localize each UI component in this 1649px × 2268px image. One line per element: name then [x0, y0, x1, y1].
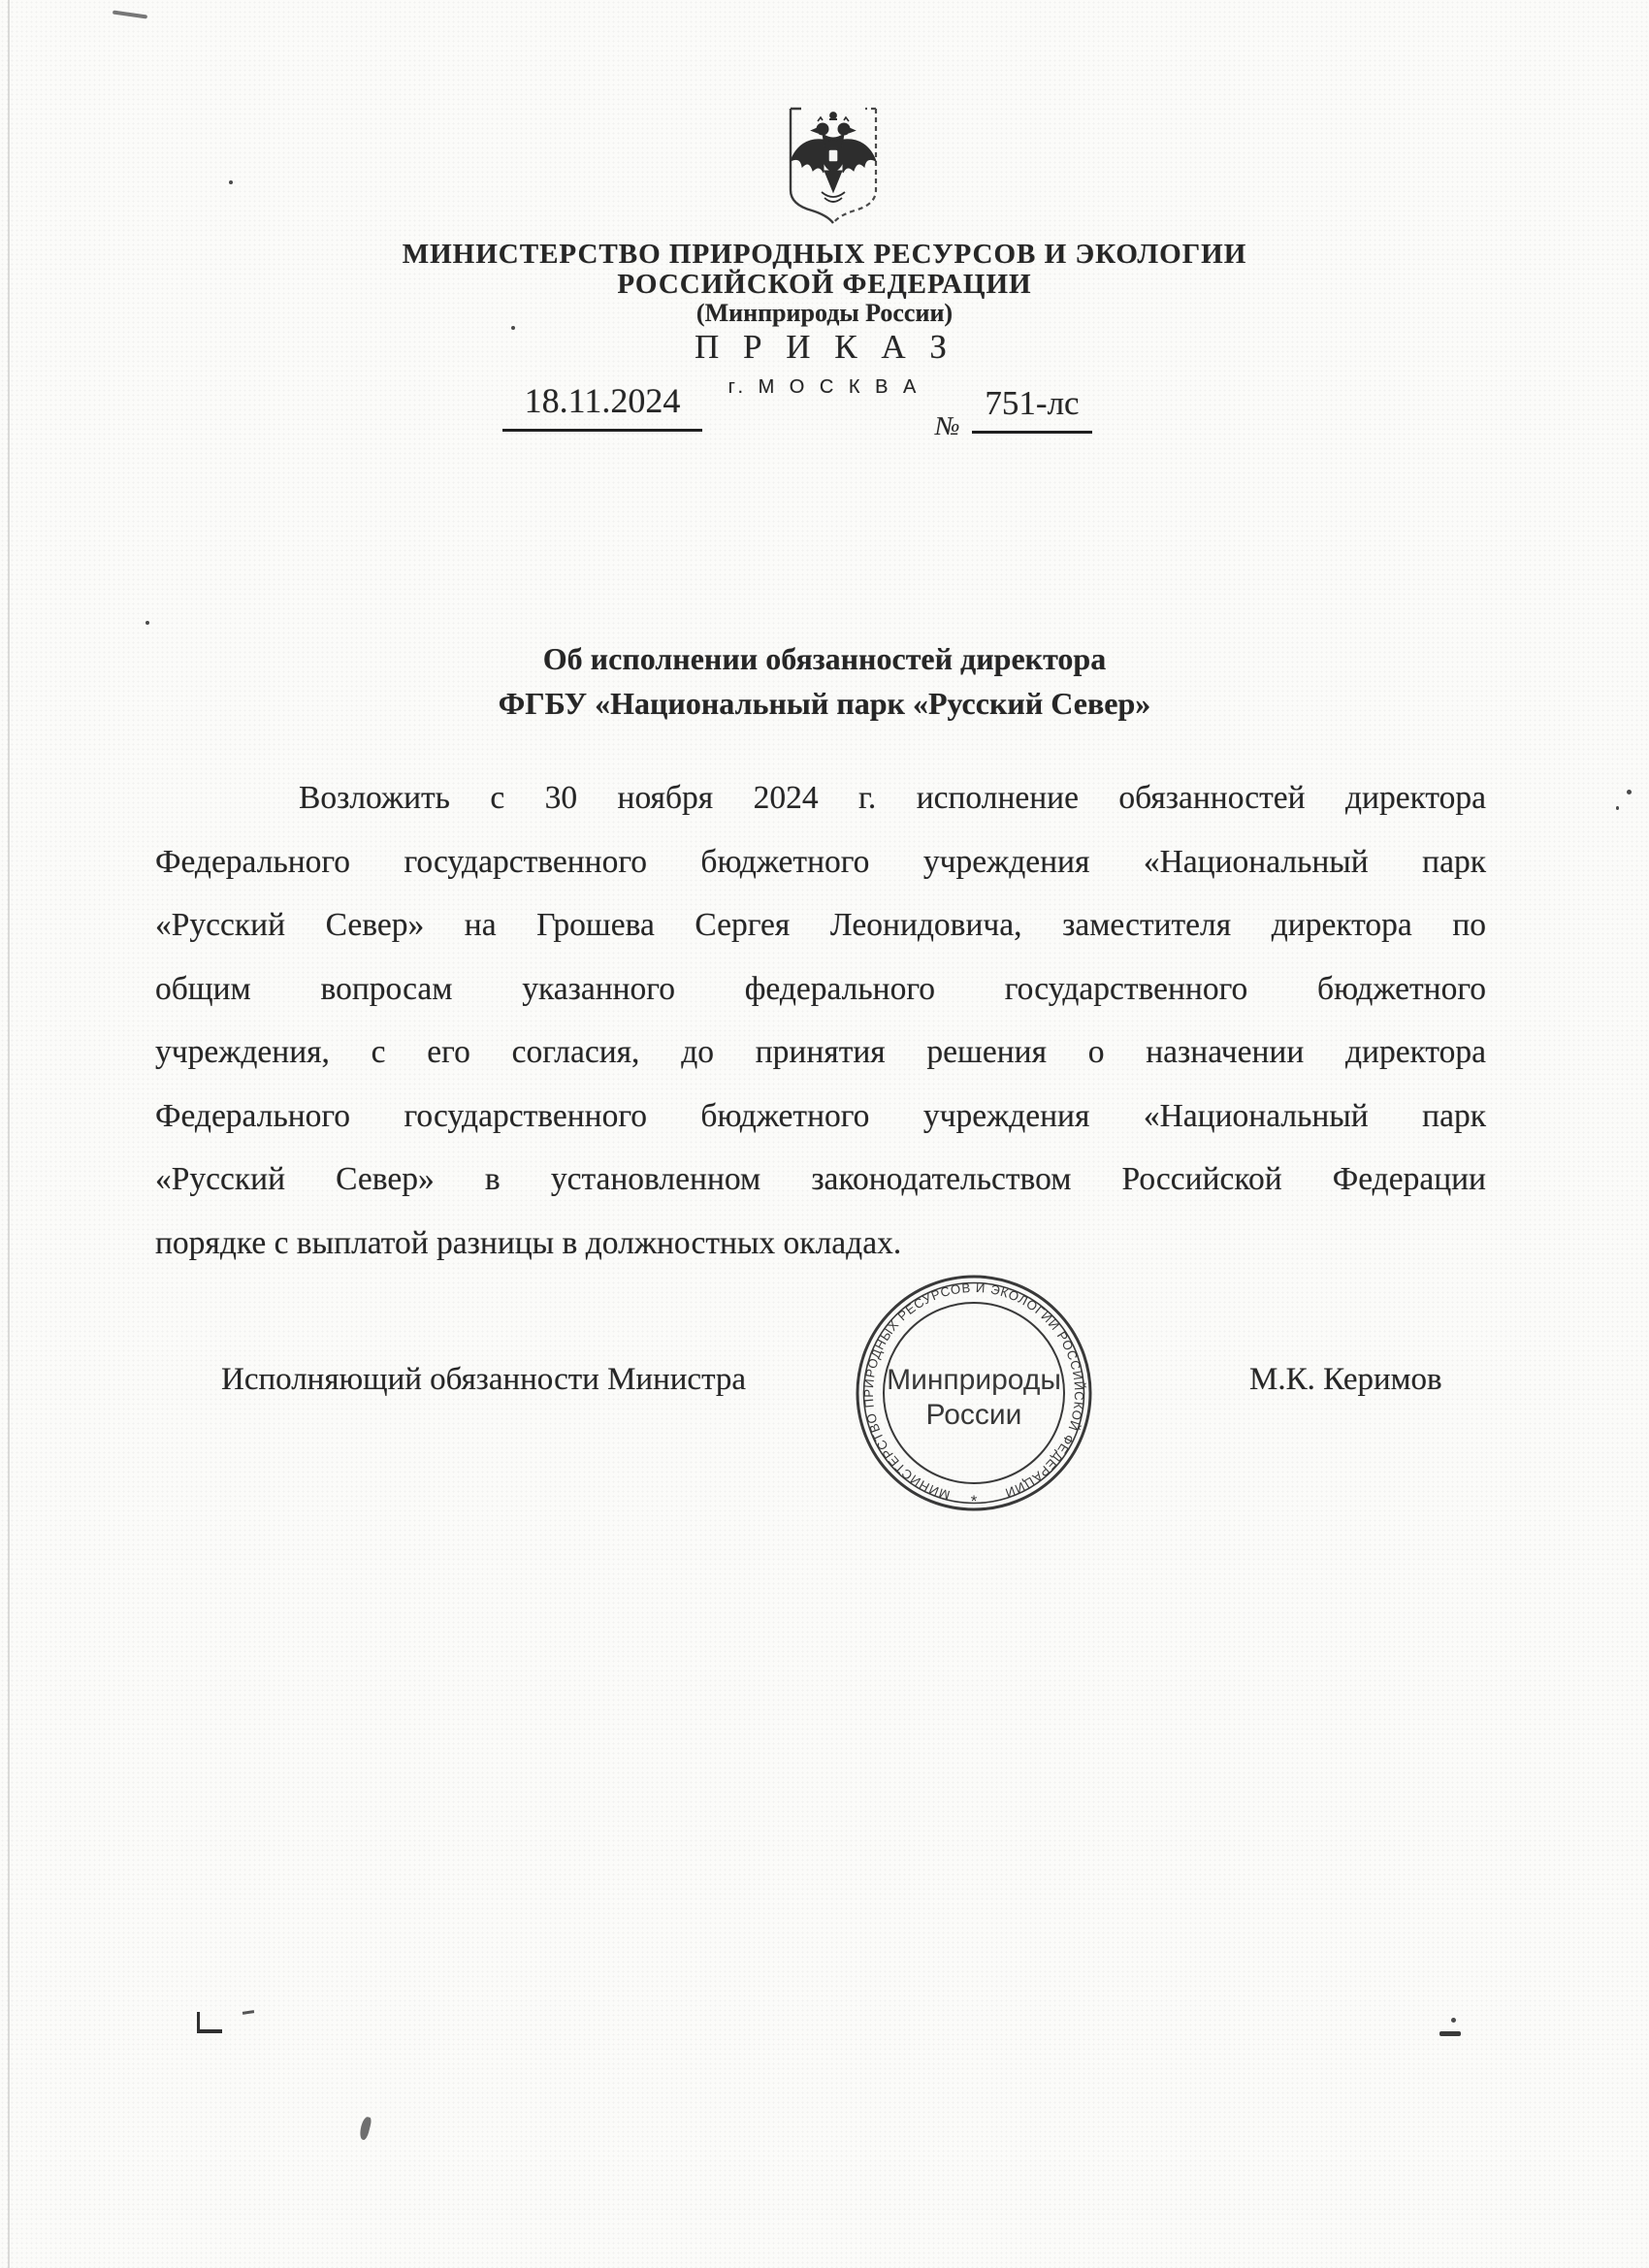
document-title: Об исполнении обязанностей директора ФГБ…: [339, 636, 1309, 726]
scan-artifact: [113, 11, 147, 19]
document-title-line1: Об исполнении обязанностей директора: [339, 636, 1309, 681]
corner-mark-bottom-left: [197, 2012, 200, 2032]
corner-mark-bottom-right: [1439, 2031, 1461, 2036]
scan-artifact: [1451, 2018, 1456, 2023]
document-title-line2: ФГБУ «Национальный парк «Русский Север»: [339, 681, 1309, 726]
scan-artifact: [1627, 790, 1632, 794]
signer-name: М.К. Керимов: [1249, 1362, 1442, 1398]
scan-artifact: [242, 2010, 254, 2015]
body-line: «Русский Север» в установленном законода…: [155, 1148, 1486, 1212]
body-line: Федерального государственного бюджетного…: [155, 830, 1486, 894]
signer-position: Исполняющий обязанности Министра: [221, 1362, 746, 1398]
order-city: г. М О С К В А: [0, 376, 1649, 399]
body-line: общим вопросам указанного федерального г…: [155, 957, 1486, 1021]
order-date: 18.11.2024: [502, 380, 702, 432]
ministry-seal-stamp: МИНИСТЕРСТВО ПРИРОДНЫХ РЕСУРСОВ И ЭКОЛОГ…: [852, 1271, 1096, 1515]
corner-mark-bottom-left: [197, 2029, 222, 2033]
scan-artifact: [229, 180, 233, 184]
order-body-paragraph: Возложить с 30 ноября 2024 г. исполнение…: [155, 766, 1486, 1275]
stamp-center-line1: Минприроды: [887, 1364, 1061, 1396]
scan-artifact: [145, 621, 149, 625]
order-type-heading: П Р И К А З: [0, 328, 1649, 367]
order-number-sign: №: [935, 411, 959, 441]
stamp-center-line2: России: [926, 1399, 1022, 1431]
scan-artifact: [358, 2116, 372, 2140]
body-line: «Русский Север» на Грошева Сергея Леонид…: [155, 893, 1486, 957]
russian-coat-of-arms-icon: [773, 105, 893, 229]
ministry-name-line2: РОССИЙСКОЙ ФЕДЕРАЦИИ: [0, 269, 1649, 301]
scan-artifact: [1616, 806, 1619, 810]
body-line: учреждения, с его согласия, до принятия …: [155, 1021, 1486, 1085]
body-line: Федерального государственного бюджетного…: [155, 1085, 1486, 1149]
order-number: 751-лс: [972, 384, 1092, 434]
ministry-name-line1: МИНИСТЕРСТВО ПРИРОДНЫХ РЕСУРСОВ И ЭКОЛОГ…: [0, 239, 1649, 271]
ministry-short-name: (Минприроды России): [0, 299, 1649, 328]
body-line: Возложить с 30 ноября 2024 г. исполнение…: [155, 766, 1486, 830]
body-line: порядке с выплатой разницы в должностных…: [155, 1212, 1486, 1276]
scanned-order-document: { "document": { "header": { "ministry_li…: [0, 0, 1649, 2268]
stamp-star-separator: *: [971, 1492, 978, 1510]
